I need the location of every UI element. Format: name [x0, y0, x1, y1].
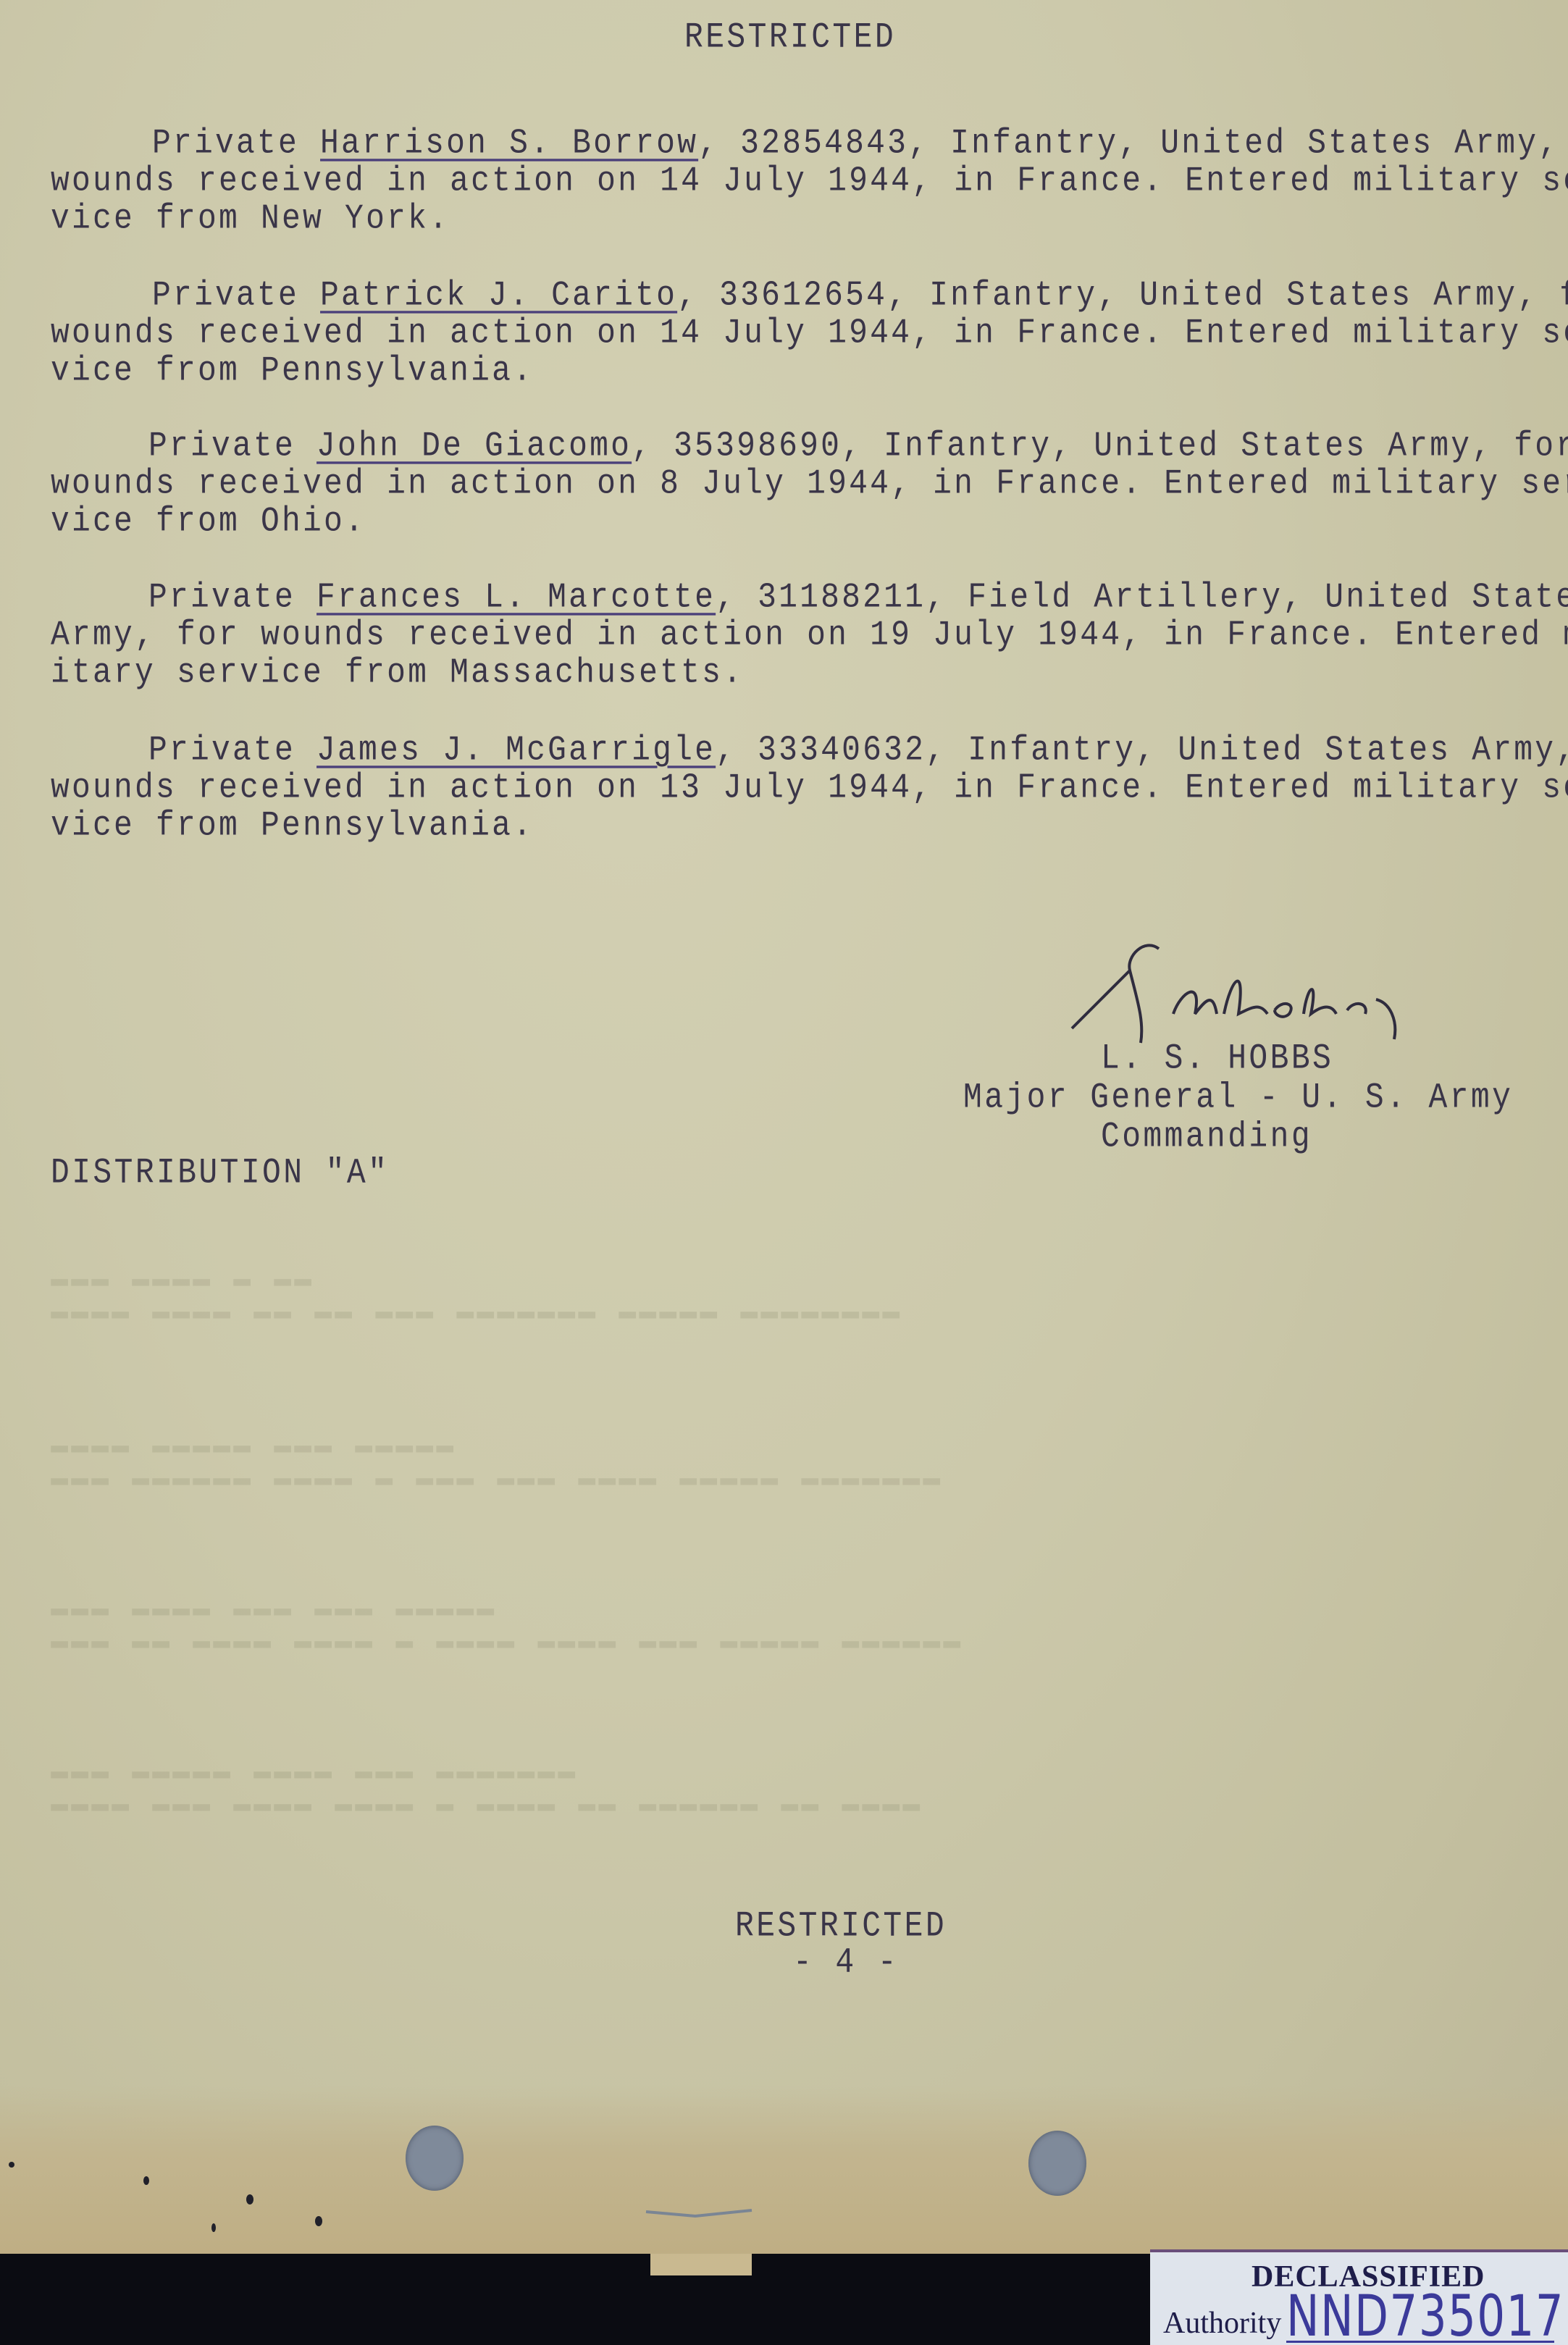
bleed-through-text: ▬▬▬ ▬▬ ▬▬▬▬ ▬▬▬▬ ▬ ▬▬▬▬ ▬▬▬▬ ▬▬▬ ▬▬▬▬▬ ▬… — [51, 1626, 1499, 1648]
rank: Private — [152, 275, 299, 315]
bleed-through-text: ▬▬▬▬ ▬▬▬▬ ▬▬ ▬▬ ▬▬▬ ▬▬▬▬▬▬▬ ▬▬▬▬▬ ▬▬▬▬▬▬… — [51, 1296, 1499, 1318]
line-text: vice from Pennsylvania. — [51, 805, 534, 845]
paragraph-first-line: Private Patrick J. Carito, 33612654, Inf… — [152, 275, 1568, 315]
bleed-through-text: ▬▬▬ ▬▬▬▬▬▬ ▬▬▬▬ ▬ ▬▬▬ ▬▬▬ ▬▬▬▬ ▬▬▬▬▬ ▬▬▬… — [51, 1463, 1499, 1485]
paper-tab — [650, 2254, 752, 2275]
soldier-name: James J. McGarrigle — [316, 730, 716, 770]
line-text: vice from Pennsylvania. — [51, 351, 534, 390]
paper-speck — [211, 2223, 216, 2232]
line-text: , 35398690, Infantry, United States Army… — [632, 426, 1568, 466]
soldier-name: Harrison S. Borrow — [320, 123, 698, 163]
paper-speck — [143, 2176, 149, 2185]
line-text: Army, for wounds received in action on 1… — [51, 615, 1568, 655]
line-text: wounds received in action on 8 July 1944… — [51, 463, 1568, 503]
paper-bottom-edge — [0, 2086, 1568, 2254]
signatory-name: L. S. HOBBS — [1101, 1037, 1333, 1081]
line-text: , 31188211, Field Artillery, United Stat… — [716, 577, 1568, 617]
paper-speck — [9, 2162, 14, 2168]
declassification-stamp: DECLASSIFIED Authority NND735017 — [1150, 2249, 1568, 2345]
rank: Private — [148, 730, 295, 770]
paragraph-first-line: Private Harrison S. Borrow, 32854843, In… — [152, 123, 1568, 163]
paragraph-first-line: Private Frances L. Marcotte, 31188211, F… — [148, 577, 1568, 617]
stamp-underline — [1286, 2341, 1554, 2343]
bleed-through-text: ▬▬▬ ▬▬▬▬ ▬▬▬ ▬▬▬ ▬▬▬▬▬ — [51, 1593, 1499, 1615]
bleed-through-text: ▬▬▬▬ ▬▬▬ ▬▬▬▬ ▬▬▬▬ ▬ ▬▬▬▬ ▬▬ ▬▬▬▬▬▬ ▬▬ ▬… — [51, 1789, 1499, 1811]
paragraph-first-line: Private James J. McGarrigle, 33340632, I… — [148, 730, 1568, 770]
distribution-line: DISTRIBUTION "A" — [51, 1151, 389, 1195]
line-text: , 33612654, Infantry, United States Army… — [677, 275, 1568, 315]
header-security-marking: RESTRICTED — [684, 16, 896, 59]
paper-speck — [246, 2194, 253, 2205]
soldier-name: Patrick J. Carito — [320, 275, 677, 315]
line-text: vice from Ohio. — [51, 501, 366, 541]
line-text: wounds received in action on 14 July 194… — [51, 161, 1568, 201]
bleed-through-text: ▬▬▬▬ ▬▬▬▬▬ ▬▬▬ ▬▬▬▬▬ — [51, 1430, 1499, 1452]
bleed-through-text: ▬▬▬ ▬▬▬▬ ▬ ▬▬ — [51, 1264, 1499, 1285]
line-text: , 32854843, Infantry, United States Army… — [698, 123, 1568, 163]
line-text: wounds received in action on 13 July 194… — [51, 768, 1568, 807]
punch-hole — [406, 2126, 464, 2191]
handwritten-signature — [1057, 934, 1463, 1050]
line-text: , 33340632, Infantry, United States Army… — [716, 730, 1568, 770]
soldier-name: Frances L. Marcotte — [316, 577, 716, 617]
signatory-title: Major General - U. S. Army — [963, 1076, 1513, 1120]
stamp-authority-value: NND735017 — [1286, 2284, 1564, 2345]
rank: Private — [148, 426, 295, 466]
stamp-authority-label: Authority — [1163, 2306, 1281, 2341]
line-text: vice from New York. — [51, 198, 450, 238]
page-number: - 4 - — [793, 1941, 899, 1984]
punch-hole — [1028, 2131, 1086, 2196]
staple-icon — [645, 2209, 753, 2219]
paper-speck — [315, 2216, 322, 2226]
rank: Private — [148, 577, 295, 617]
soldier-name: John De Giacomo — [316, 426, 632, 466]
line-text: wounds received in action on 14 July 194… — [51, 313, 1568, 353]
bleed-through-text: ▬▬▬ ▬▬▬▬▬ ▬▬▬▬ ▬▬▬ ▬▬▬▬▬▬▬ — [51, 1756, 1499, 1778]
rank: Private — [152, 123, 299, 163]
signatory-role: Commanding — [1101, 1115, 1312, 1159]
line-text: itary service from Massachusetts. — [51, 653, 744, 692]
paragraph-first-line: Private John De Giacomo, 35398690, Infan… — [148, 426, 1568, 466]
